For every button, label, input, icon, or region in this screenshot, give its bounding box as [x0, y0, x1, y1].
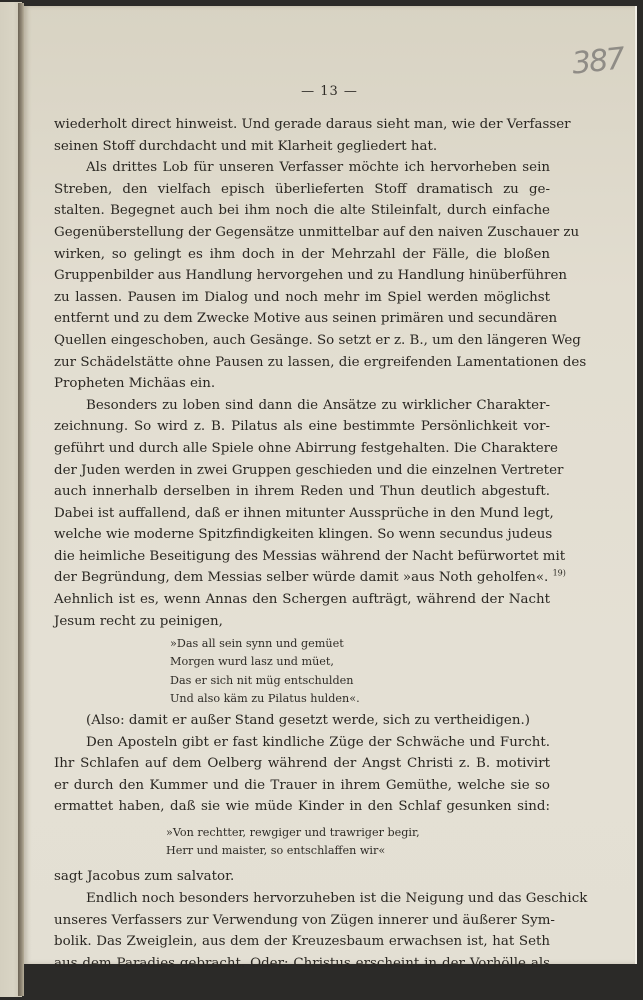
- text-line-with-footnote: der Begründung, dem Messias selber würde…: [54, 567, 550, 589]
- text-line: die heimliche Beseitigung des Messias wä…: [54, 546, 550, 568]
- text-line: zu lassen. Pausen im Dialog und noch meh…: [54, 287, 550, 309]
- text-line: er durch den Kummer und die Trauer in ih…: [54, 775, 550, 797]
- text-line: sagt Jacobus zum salvator.: [54, 866, 550, 888]
- book-page: 387 — 13 — wiederholt direct hinweist. U…: [24, 6, 637, 964]
- text-line: ermattet haben, daß sie wie müde Kinder …: [54, 796, 550, 818]
- page-body: wiederholt direct hinweist. Und gerade d…: [54, 114, 550, 974]
- footnote-reference[interactable]: 19): [553, 569, 566, 578]
- text-line: Propheten Michäas ein.: [54, 373, 550, 395]
- text-line: Den Aposteln gibt er fast kindliche Züge…: [54, 732, 550, 754]
- text-line: Streben, den vielfach episch überliefert…: [54, 179, 550, 201]
- verse-line: Das er sich nit müg entschulden: [54, 672, 550, 690]
- text-line: Aehnlich ist es, wenn Annas den Schergen…: [54, 589, 550, 611]
- handwritten-folio-number: 387: [570, 41, 625, 81]
- verse-line: Und also käm zu Pilatus hulden«.: [54, 690, 550, 708]
- text-line: entfernt und zu dem Zwecke Motive aus se…: [54, 308, 550, 330]
- text-line: Als drittes Lob für unseren Verfasser mö…: [54, 157, 550, 179]
- text-line: Jesum recht zu peinigen,: [54, 611, 550, 633]
- text-line: Dabei ist auffallend, daß er ihnen mitun…: [54, 503, 550, 525]
- verse-line: Herr und maister, so entschlaffen wir«: [54, 842, 550, 860]
- text-line: aus dem Paradies gebracht. Oder: Christu…: [54, 953, 550, 975]
- text-line: zur Schädelstätte ohne Pausen zu lassen,…: [54, 352, 550, 374]
- verse-quotation-jacobus: »Von rechtter, rewgiger und trawriger be…: [54, 824, 550, 860]
- text-line: Quellen eingeschoben, auch Gesänge. So s…: [54, 330, 550, 352]
- text-line: wiederholt direct hinweist. Und gerade d…: [54, 114, 550, 136]
- text-line: bolik. Das Zweiglein, aus dem der Kreuze…: [54, 931, 550, 953]
- verse-line: Morgen wurd lasz und müet,: [54, 653, 550, 671]
- text-line: Ihr Schlafen auf dem Oelberg während der…: [54, 753, 550, 775]
- text-line: geführt und durch alle Spiele ohne Abirr…: [54, 438, 550, 460]
- text-line: welche wie moderne Spitzfindigkeiten kli…: [54, 524, 550, 546]
- text-line: stalten. Begegnet auch bei ihm noch die …: [54, 200, 550, 222]
- text-line: Gegenüberstellung der Gegensätze unmitte…: [54, 222, 550, 244]
- text-line: auch innerhalb derselben in ihrem Reden …: [54, 481, 550, 503]
- text-line: Gruppenbilder aus Handlung hervorgehen u…: [54, 265, 550, 287]
- text-line-content: der Begründung, dem Messias selber würde…: [54, 570, 548, 585]
- text-line: seinen Stoff durchdacht und mit Klarheit…: [54, 136, 550, 158]
- text-line: (Also: damit er außer Stand gesetzt werd…: [54, 710, 550, 732]
- text-line: zeichnung. So wird z. B. Pilatus als ein…: [54, 416, 550, 438]
- text-line: Besonders zu loben sind dann die Ansätze…: [54, 395, 550, 417]
- paragraph-apostles: Den Aposteln gibt er fast kindliche Züge…: [54, 732, 550, 818]
- paragraph-continuation: wiederholt direct hinweist. Und gerade d…: [54, 114, 550, 157]
- verse-quotation-annas: »Das all sein synn und gemüet Morgen wur…: [54, 635, 550, 708]
- scanned-book-spread: 387 — 13 — wiederholt direct hinweist. U…: [0, 0, 643, 1000]
- paragraph-dramatic-form: Als drittes Lob für unseren Verfasser mö…: [54, 157, 550, 395]
- verse-line: »Von rechtter, rewgiger und trawriger be…: [54, 824, 550, 842]
- paragraph-symbolism: Endlich noch besonders hervorzuheben ist…: [54, 888, 550, 974]
- page-number: — 13 —: [24, 84, 635, 99]
- paragraph-attribution: sagt Jacobus zum salvator.: [54, 866, 550, 888]
- text-line: unseres Verfassers zur Verwendung von Zü…: [54, 910, 550, 932]
- verse-line: »Das all sein synn und gemüet: [54, 635, 550, 653]
- text-line: Endlich noch besonders hervorzuheben ist…: [54, 888, 550, 910]
- text-line: der Juden werden in zwei Gruppen geschie…: [54, 460, 550, 482]
- paragraph-explanation: (Also: damit er außer Stand gesetzt werd…: [54, 710, 550, 732]
- paragraph-characterization: Besonders zu loben sind dann die Ansätze…: [54, 395, 550, 633]
- text-line: wirken, so gelingt es ihm doch in der Me…: [54, 244, 550, 266]
